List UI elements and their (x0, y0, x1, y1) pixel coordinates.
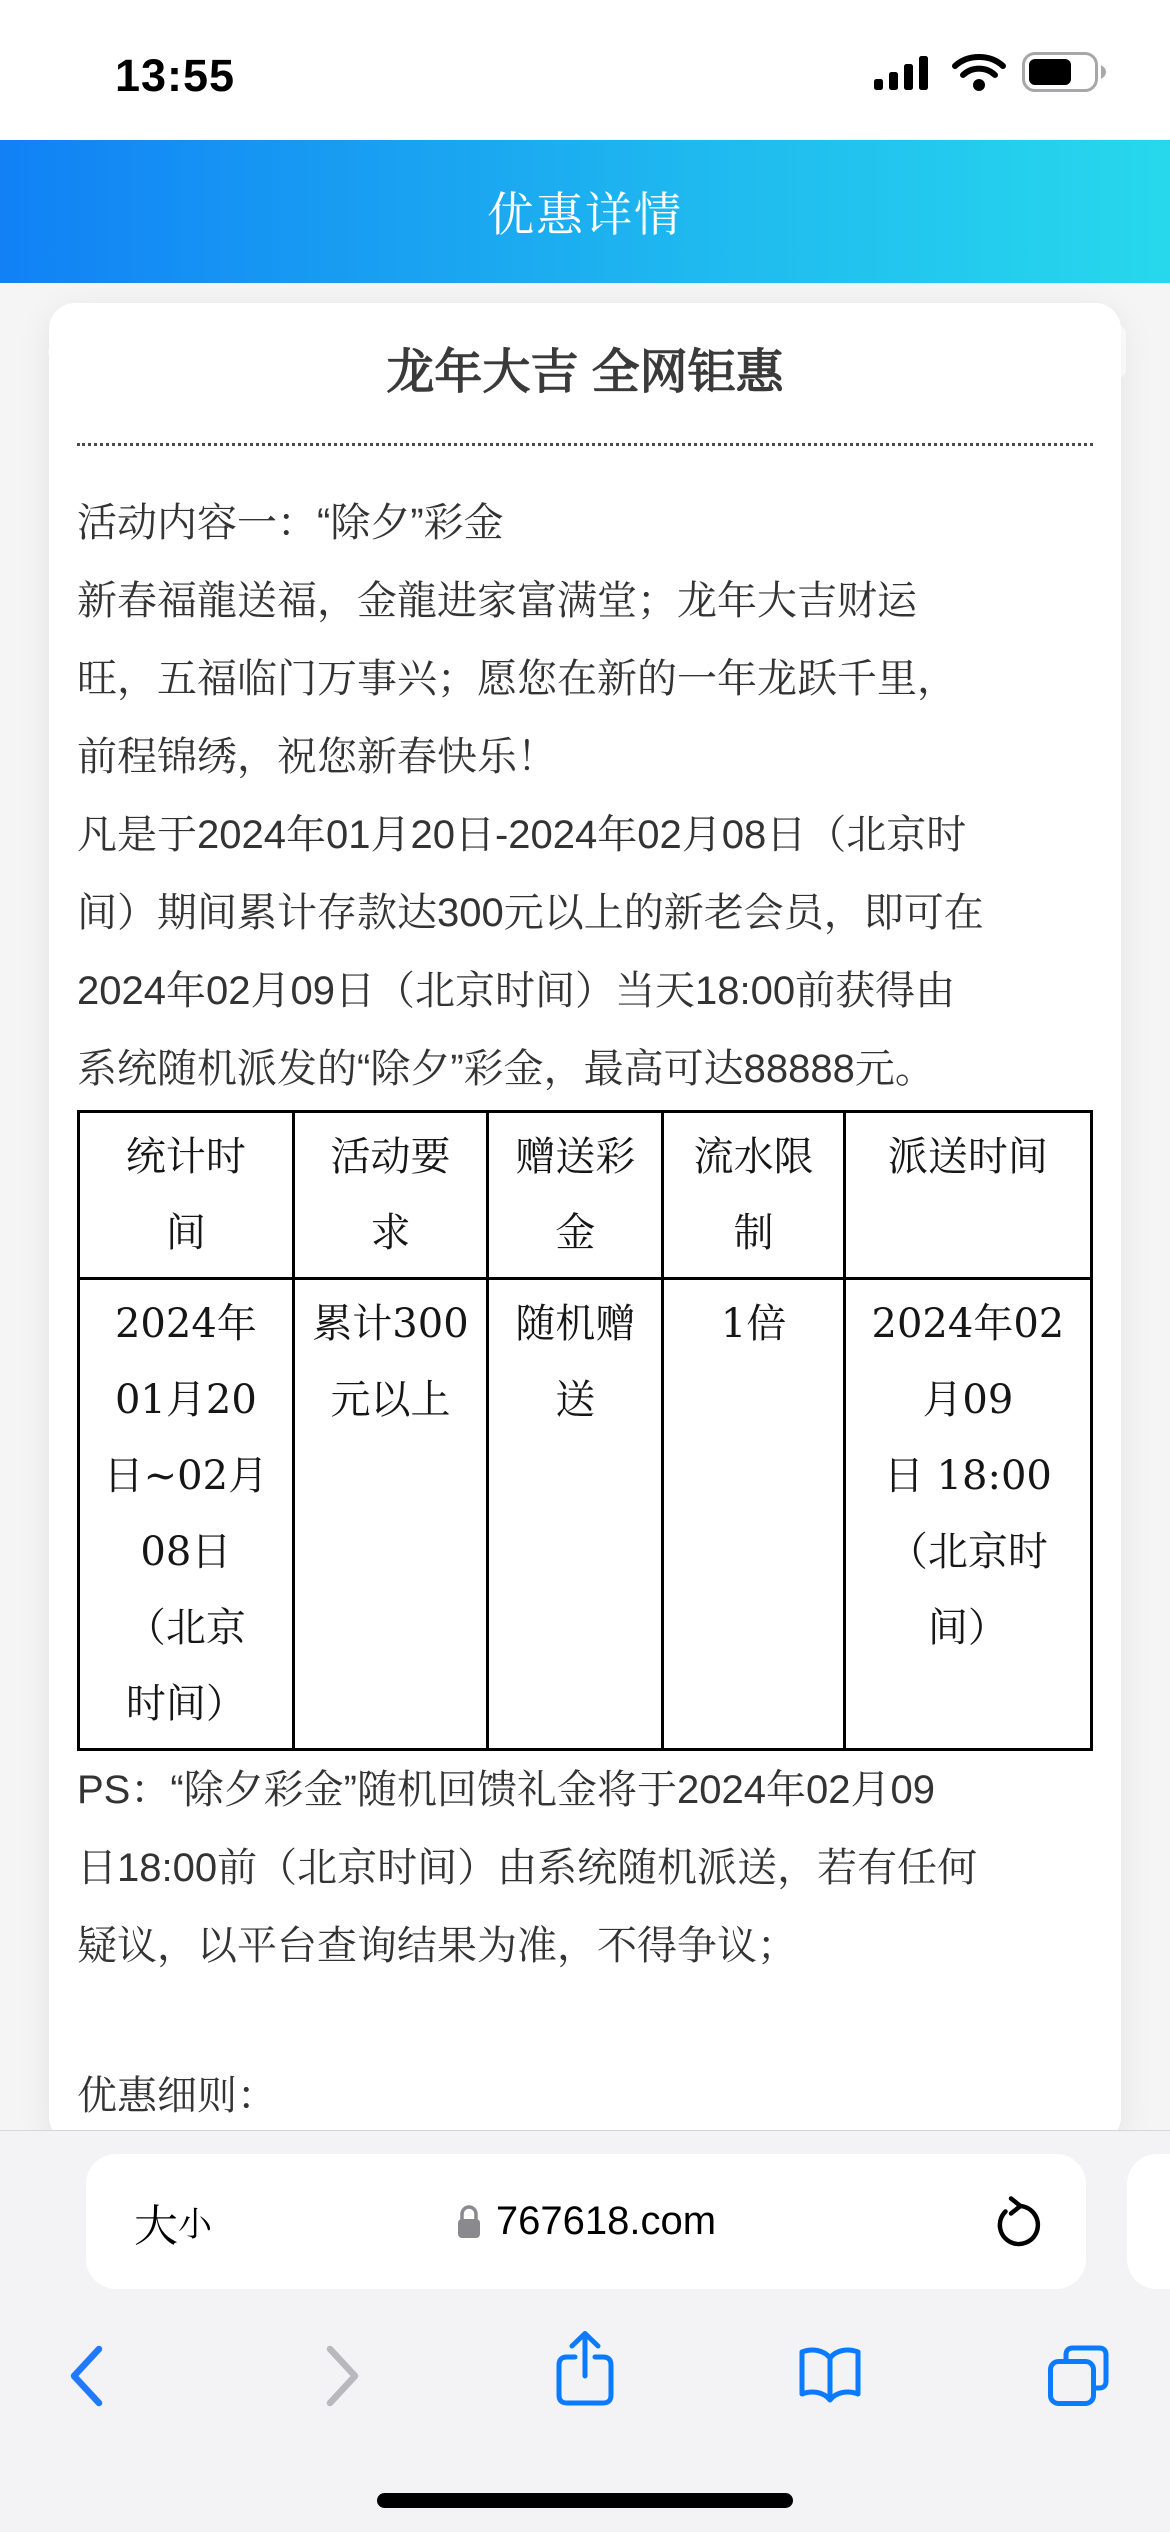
cell-turnover: 1倍 (663, 1279, 844, 1750)
battery-icon (1022, 52, 1108, 97)
safari-bottom-bar: 大 小 767618.com (0, 2130, 1170, 2532)
col-header-send-time: 派送时间 (844, 1112, 1091, 1279)
col-header-bonus: 赠送彩 金 (488, 1112, 663, 1279)
page-title: 优惠详情 (0, 140, 1170, 283)
ps-note: PS：“除夕彩金”随机回馈礼金将于2024年02月09 日18:00前（北京时间… (77, 1751, 1093, 1985)
cell-stat-time: 2024年 01月20 日~02月 08日 （北京 时间） (79, 1279, 294, 1750)
nav-bar: 优惠详情 (0, 140, 1170, 283)
promo-table: 统计时 间 活动要 求 赠送彩 金 流水限 制 派送时间 2024年 01月20… (77, 1110, 1093, 1751)
url-display[interactable]: 767618.com (86, 2154, 1086, 2289)
reload-icon[interactable] (994, 2195, 1044, 2249)
browser-back-button[interactable] (66, 2344, 106, 2413)
lock-icon (456, 2204, 482, 2240)
promo-card: 龙年大吉 全网钜惠 活动内容一：“除夕”彩金 新春福龍送福，金龍进家富满堂；龙年… (49, 303, 1121, 2143)
details-heading: 优惠细则： (77, 2057, 1093, 2135)
next-tab-peek[interactable] (1127, 2154, 1170, 2289)
tabs-icon[interactable] (1046, 2344, 1110, 2413)
promo-title: 龙年大吉 全网钜惠 (77, 339, 1093, 407)
iphone-screen: 13:55 (0, 0, 1170, 2532)
dotted-divider (77, 443, 1093, 446)
cellular-signal-icon (874, 52, 936, 97)
col-header-turnover: 流水限 制 (663, 1112, 844, 1279)
wifi-icon (952, 52, 1006, 97)
cell-bonus: 随机赠 送 (488, 1279, 663, 1750)
share-icon[interactable] (552, 2329, 618, 2414)
url-text: 767618.com (496, 2199, 716, 2244)
table-header-row: 统计时 间 活动要 求 赠送彩 金 流水限 制 派送时间 (79, 1112, 1092, 1279)
home-indicator[interactable] (377, 2493, 793, 2508)
status-bar: 13:55 (0, 0, 1170, 140)
address-bar[interactable]: 大 小 767618.com (86, 2154, 1086, 2289)
table-row: 2024年 01月20 日~02月 08日 （北京 时间） 累计300 元以上 … (79, 1279, 1092, 1750)
cell-send-time: 2024年02 月09 日 18:00 （北京时 间） (844, 1279, 1091, 1750)
cell-requirement: 累计300 元以上 (293, 1279, 487, 1750)
col-header-stat-time: 统计时 间 (79, 1112, 294, 1279)
status-time: 13:55 (90, 50, 260, 102)
status-icons (874, 52, 1108, 97)
promo-body-text: 活动内容一：“除夕”彩金 新春福龍送福，金龍进家富满堂；龙年大吉财运 旺，五福临… (77, 484, 1093, 1108)
col-header-requirement: 活动要 求 (293, 1112, 487, 1279)
browser-forward-button[interactable] (323, 2344, 363, 2413)
bookmarks-icon[interactable] (796, 2346, 864, 2411)
